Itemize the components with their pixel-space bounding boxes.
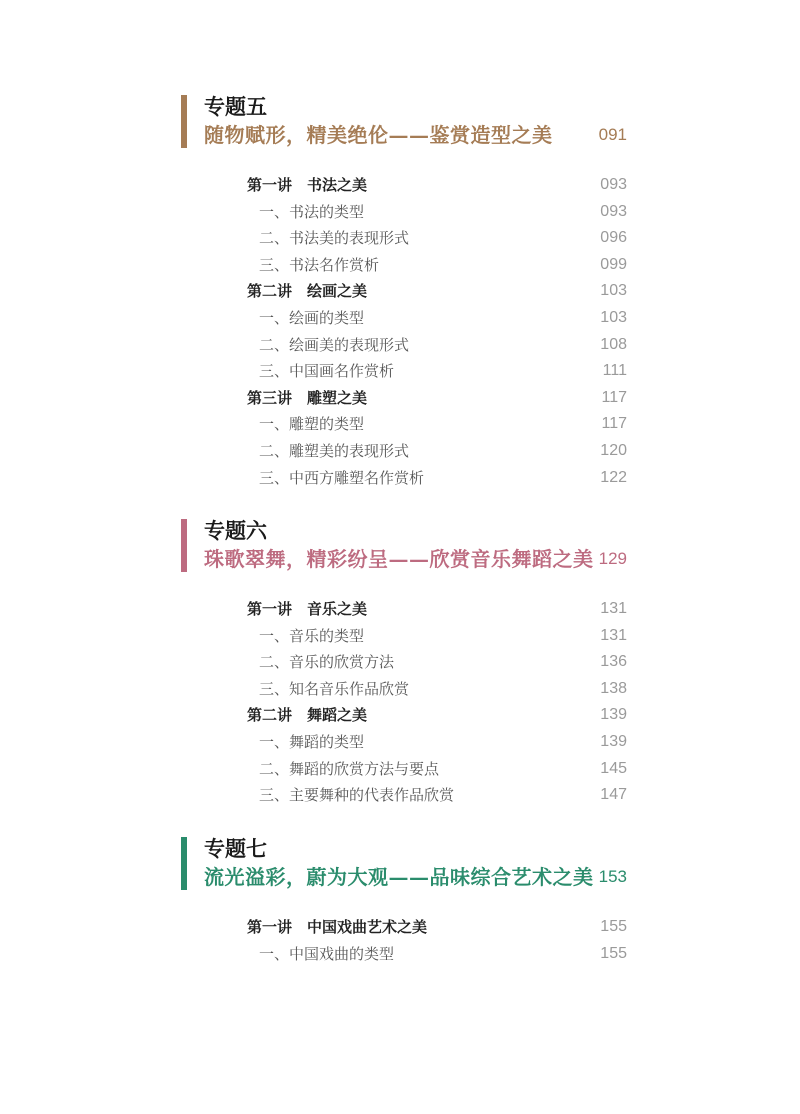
entry-text: 二、音乐的欣赏方法 <box>259 649 394 675</box>
topic-page: 129 <box>599 546 627 572</box>
entry-text: 第一讲 书法之美 <box>247 172 367 198</box>
toc-entry[interactable]: 二、音乐的欣赏方法136 <box>181 649 627 675</box>
entry-page: 155 <box>600 914 627 940</box>
toc-entry[interactable]: 一、中国戏曲的类型155 <box>181 941 627 967</box>
toc-entry[interactable]: 一、绘画的类型103 <box>181 305 627 331</box>
entry-page: 096 <box>600 225 627 251</box>
entry-text: 第二讲 绘画之美 <box>247 278 367 304</box>
entry-text: 二、书法美的表现形式 <box>259 225 409 251</box>
entry-text: 三、主要舞种的代表作品欣赏 <box>259 782 454 808</box>
toc-entry[interactable]: 一、舞蹈的类型139 <box>181 729 627 755</box>
entry-page: 138 <box>600 676 627 702</box>
topic-label: 专题五 <box>204 94 267 120</box>
entry-page: 122 <box>600 465 627 491</box>
entry-text: 二、雕塑美的表现形式 <box>259 438 409 464</box>
entry-page: 131 <box>600 623 627 649</box>
entry-text: 第一讲 音乐之美 <box>247 596 367 622</box>
entry-text: 三、中西方雕塑名作赏析 <box>259 465 424 491</box>
toc-entry[interactable]: 一、书法的类型093 <box>181 199 627 225</box>
entry-text: 一、雕塑的类型 <box>259 411 364 437</box>
toc-entry[interactable]: 第三讲 雕塑之美117 <box>181 385 627 411</box>
entry-text: 第一讲 中国戏曲艺术之美 <box>247 914 427 940</box>
toc-entry[interactable]: 二、雕塑美的表现形式120 <box>181 438 627 464</box>
entry-page: 099 <box>600 252 627 278</box>
topic-title[interactable]: 随物赋形，精美绝伦——鉴赏造型之美 <box>204 122 553 148</box>
entry-page: 120 <box>600 438 627 464</box>
entry-page: 139 <box>600 702 627 728</box>
topic-label: 专题六 <box>204 518 267 544</box>
toc-entry[interactable]: 三、中西方雕塑名作赏析122 <box>181 465 627 491</box>
entry-page: 093 <box>600 172 627 198</box>
entry-text: 三、书法名作赏析 <box>259 252 379 278</box>
entry-text: 二、舞蹈的欣赏方法与要点 <box>259 756 439 782</box>
topic-title[interactable]: 珠歌翠舞，精彩纷呈——欣赏音乐舞蹈之美 <box>204 546 594 572</box>
toc-entry[interactable]: 第一讲 书法之美093 <box>181 172 627 198</box>
entry-page: 117 <box>601 385 627 411</box>
entry-text: 二、绘画美的表现形式 <box>259 332 409 358</box>
toc-entry[interactable]: 第一讲 中国戏曲艺术之美155 <box>181 914 627 940</box>
toc-entry[interactable]: 三、书法名作赏析099 <box>181 252 627 278</box>
entry-page: 108 <box>600 332 627 358</box>
topic-page: 091 <box>599 122 627 148</box>
toc-entry[interactable]: 一、雕塑的类型117 <box>181 411 627 437</box>
entry-page: 103 <box>600 305 627 331</box>
entry-page: 111 <box>603 358 627 384</box>
toc-entry[interactable]: 二、书法美的表现形式096 <box>181 225 627 251</box>
entry-page: 139 <box>600 729 627 755</box>
entry-text: 一、绘画的类型 <box>259 305 364 331</box>
topic-page: 153 <box>599 864 627 890</box>
entry-text: 一、音乐的类型 <box>259 623 364 649</box>
toc-entry[interactable]: 第二讲 舞蹈之美139 <box>181 702 627 728</box>
entry-text: 三、中国画名作赏析 <box>259 358 394 384</box>
topic-color-bar <box>181 837 187 890</box>
toc-entry[interactable]: 二、绘画美的表现形式108 <box>181 332 627 358</box>
toc-entry[interactable]: 第一讲 音乐之美131 <box>181 596 627 622</box>
entry-page: 147 <box>600 782 627 808</box>
entry-text: 第二讲 舞蹈之美 <box>247 702 367 728</box>
entry-text: 一、书法的类型 <box>259 199 364 225</box>
topic-label: 专题七 <box>204 836 267 862</box>
entry-text: 一、舞蹈的类型 <box>259 729 364 755</box>
entry-page: 117 <box>601 411 627 437</box>
entry-page: 103 <box>600 278 627 304</box>
toc-entry[interactable]: 二、舞蹈的欣赏方法与要点145 <box>181 756 627 782</box>
topic-color-bar <box>181 519 187 572</box>
entry-page: 131 <box>600 596 627 622</box>
entry-text: 一、中国戏曲的类型 <box>259 941 394 967</box>
entry-page: 093 <box>600 199 627 225</box>
toc-entry[interactable]: 三、中国画名作赏析111 <box>181 358 627 384</box>
entry-text: 第三讲 雕塑之美 <box>247 385 367 411</box>
topic-title[interactable]: 流光溢彩，蔚为大观——品味综合艺术之美 <box>204 864 594 890</box>
toc-entry[interactable]: 三、主要舞种的代表作品欣赏147 <box>181 782 627 808</box>
entry-page: 136 <box>600 649 627 675</box>
toc-entry[interactable]: 一、音乐的类型131 <box>181 623 627 649</box>
entry-page: 155 <box>600 941 627 967</box>
toc-entry[interactable]: 三、知名音乐作品欣赏138 <box>181 676 627 702</box>
entry-text: 三、知名音乐作品欣赏 <box>259 676 409 702</box>
topic-color-bar <box>181 95 187 148</box>
toc-entry[interactable]: 第二讲 绘画之美103 <box>181 278 627 304</box>
entry-page: 145 <box>600 756 627 782</box>
